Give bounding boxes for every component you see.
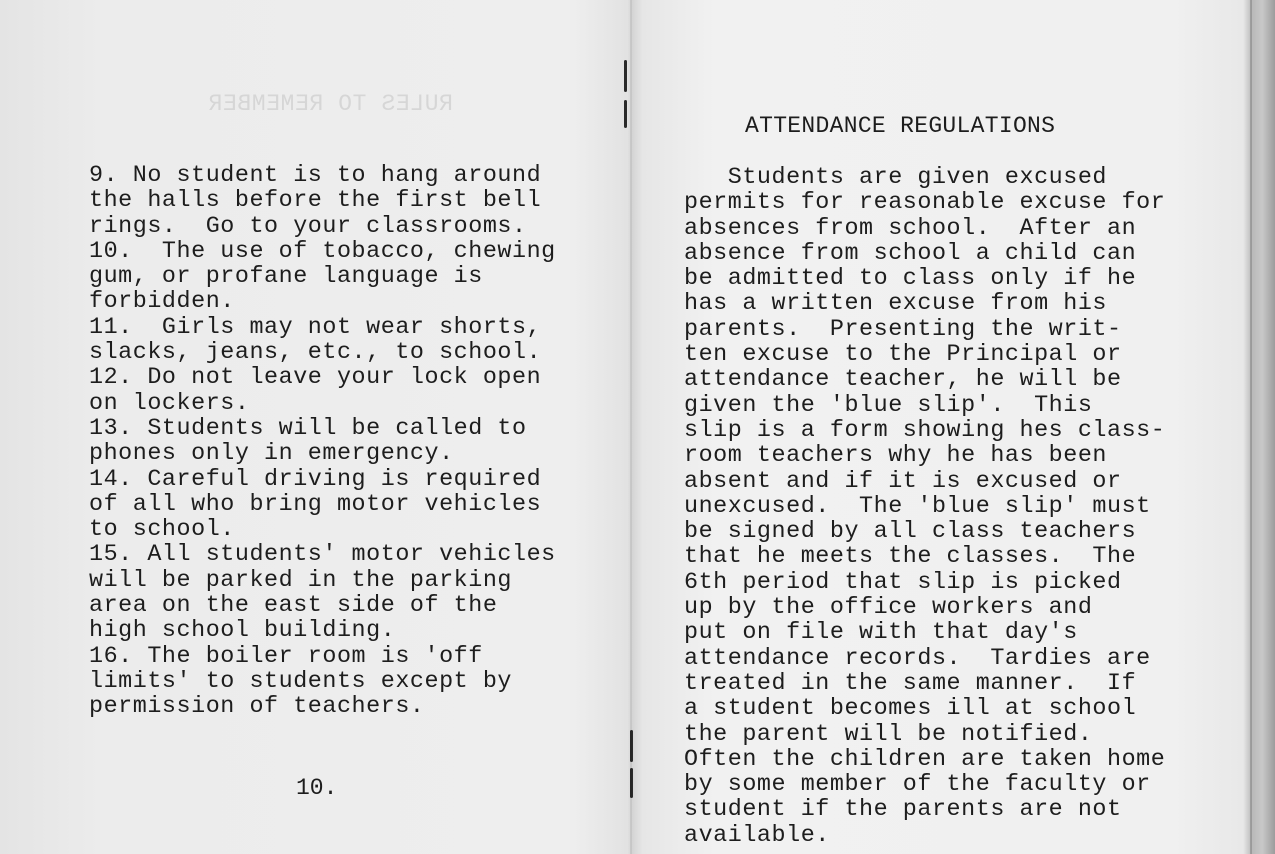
paragraph-line: 6th period that slip is picked: [684, 571, 1165, 596]
paragraph-line: ten excuse to the Principal or: [684, 343, 1165, 368]
paragraph-line: treated in the same manner. If: [684, 672, 1165, 697]
booklet-spread: RULES TO REMEMBER 9. No student is to ha…: [0, 0, 1275, 854]
rule-line: 14. Careful driving is required: [89, 468, 556, 493]
rule-line: 9. No student is to hang around: [89, 164, 556, 189]
rule-line: limits' to students except by: [89, 670, 556, 695]
right-page: ATTENDANCE REGULATIONS Students are give…: [636, 0, 1246, 854]
paragraph-line: absent and if it is excused or: [684, 470, 1165, 495]
rule-line: the halls before the first bell: [89, 189, 556, 214]
paragraph-line: put on file with that day's: [684, 621, 1165, 646]
page-number: 10.: [296, 775, 337, 801]
paragraph-line: has a written excuse from his: [684, 292, 1165, 317]
rule-line: rings. Go to your classrooms.: [89, 215, 556, 240]
paragraph-line: available.: [684, 824, 1165, 849]
rule-line: on lockers.: [89, 392, 556, 417]
paragraph-line: Often the children are taken home: [684, 748, 1165, 773]
bleed-through-heading: RULES TO REMEMBER: [208, 92, 453, 117]
rule-line: slacks, jeans, etc., to school.: [89, 341, 556, 366]
rule-line: high school building.: [89, 619, 556, 644]
paragraph-line: the parent will be notified.: [684, 723, 1165, 748]
paragraph-line: a student becomes ill at school: [684, 697, 1165, 722]
rule-line: 13. Students will be called to: [89, 417, 556, 442]
paragraph-line: that he meets the classes. The: [684, 545, 1165, 570]
paragraph-line: be signed by all class teachers: [684, 520, 1165, 545]
paragraph-line: student if the parents are not: [684, 798, 1165, 823]
rule-line: 15. All students' motor vehicles: [89, 543, 556, 568]
paragraph-line: permits for reasonable excuse for: [684, 191, 1165, 216]
rule-line: will be parked in the parking: [89, 569, 556, 594]
rule-line: 12. Do not leave your lock open: [89, 366, 556, 391]
paragraph-line: absence from school a child can: [684, 242, 1165, 267]
paragraph-line: slip is a form showing hes class-: [684, 419, 1165, 444]
rule-line: phones only in emergency.: [89, 442, 556, 467]
paragraph-line: attendance records. Tardies are: [684, 647, 1165, 672]
rules-list: 9. No student is to hang aroundthe halls…: [89, 164, 556, 721]
rule-line: gum, or profane language is: [89, 265, 556, 290]
left-page: RULES TO REMEMBER 9. No student is to ha…: [0, 0, 630, 854]
attendance-paragraph: Students are given excusedpermits for re…: [684, 166, 1165, 849]
paragraph-line: unexcused. The 'blue slip' must: [684, 495, 1165, 520]
paragraph-line: by some member of the faculty or: [684, 773, 1165, 798]
rule-line: of all who bring motor vehicles: [89, 493, 556, 518]
rule-line: forbidden.: [89, 290, 556, 315]
page-edge-right: [1250, 0, 1252, 854]
staple-top: [624, 60, 627, 92]
paragraph-line: attendance teacher, he will be: [684, 368, 1165, 393]
spine-fold: [630, 0, 632, 854]
paragraph-line: be admitted to class only if he: [684, 267, 1165, 292]
paragraph-line: Students are given excused: [684, 166, 1165, 191]
rule-line: 16. The boiler room is 'off: [89, 645, 556, 670]
page-title: ATTENDANCE REGULATIONS: [745, 113, 1055, 139]
paragraph-line: absences from school. After an: [684, 217, 1165, 242]
paragraph-line: parents. Presenting the writ-: [684, 318, 1165, 343]
rule-line: permission of teachers.: [89, 695, 556, 720]
rule-line: 11. Girls may not wear shorts,: [89, 316, 556, 341]
paragraph-line: given the 'blue slip'. This: [684, 394, 1165, 419]
rule-line: to school.: [89, 518, 556, 543]
staple-top-lower: [624, 100, 627, 128]
paragraph-line: up by the office workers and: [684, 596, 1165, 621]
rule-line: 10. The use of tobacco, chewing: [89, 240, 556, 265]
paragraph-line: room teachers why he has been: [684, 444, 1165, 469]
rule-line: area on the east side of the: [89, 594, 556, 619]
